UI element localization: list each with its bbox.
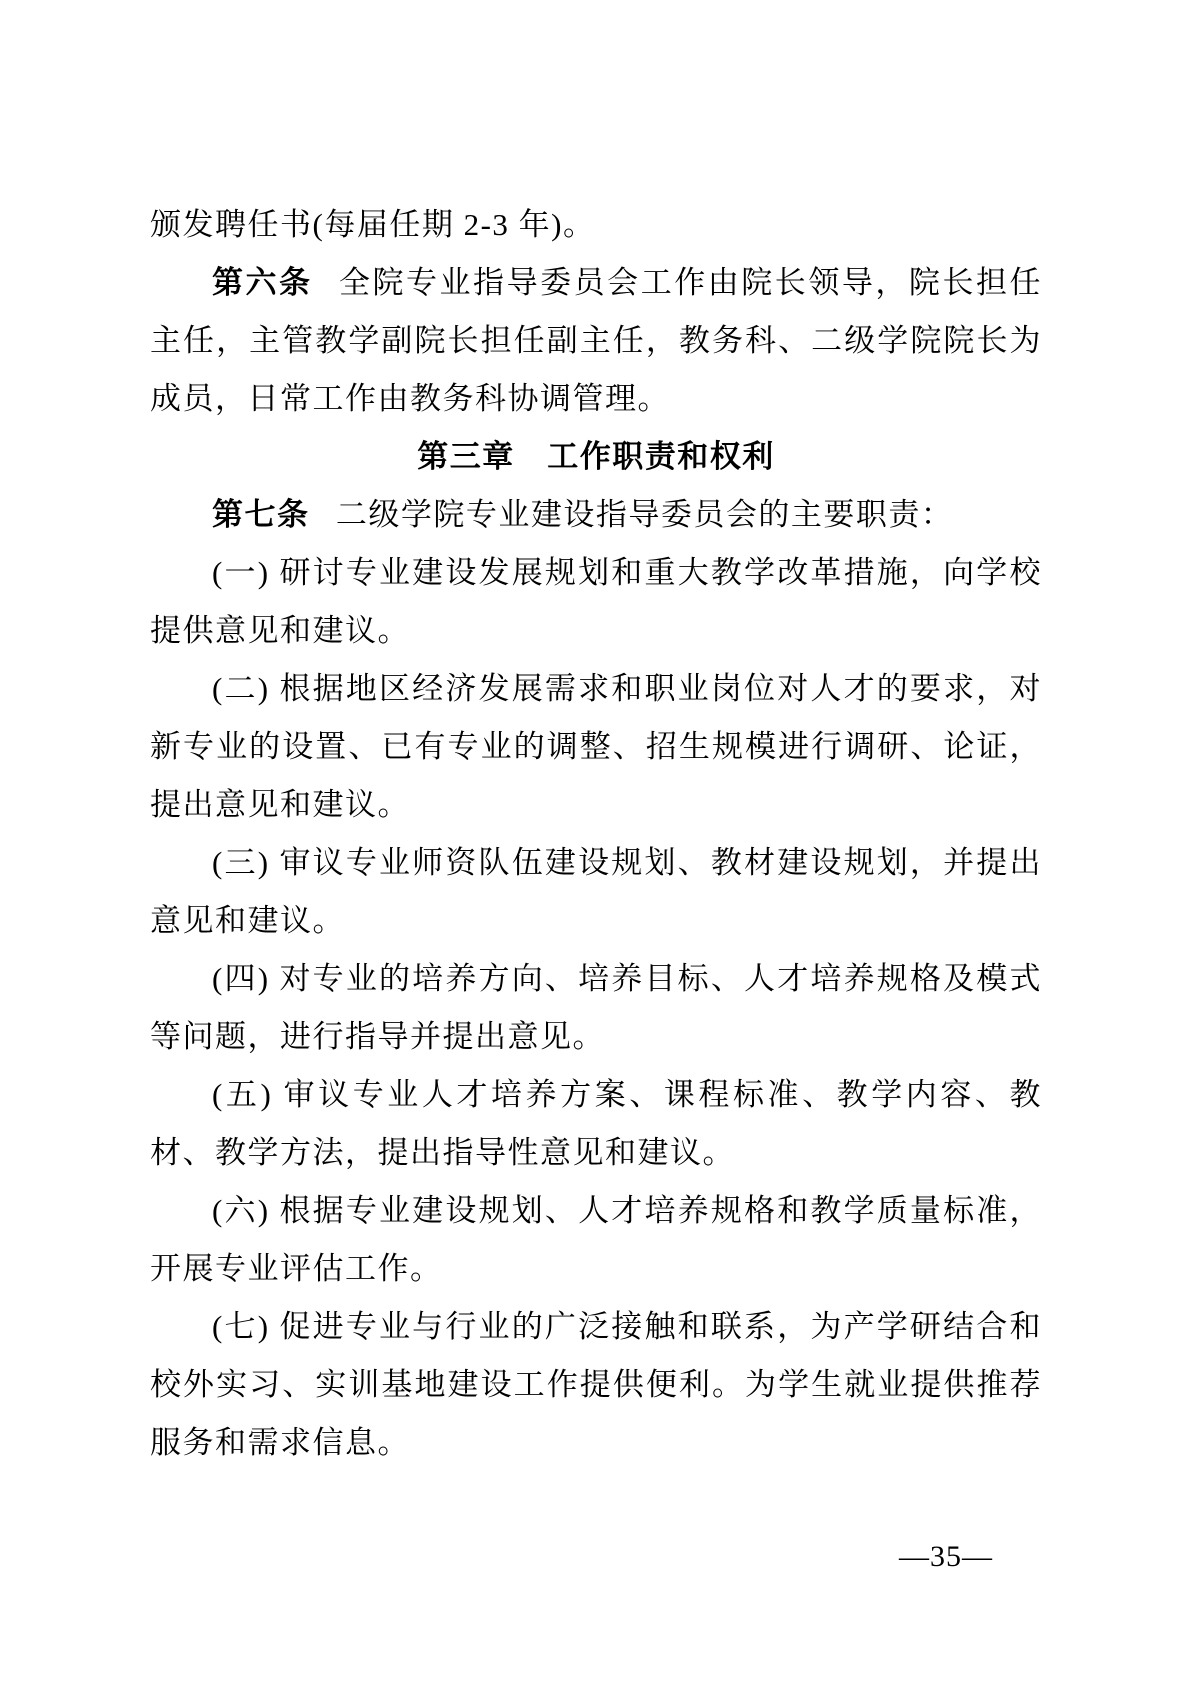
article-7-label: 第七条 bbox=[212, 497, 310, 532]
duty-item-6: (六) 根据专业建设规划、人才培养规格和教学质量标准， 开展专业评估工作。 bbox=[150, 1182, 1042, 1298]
article-7-text: 二级学院专业建设指导委员会的主要职责： bbox=[336, 497, 954, 532]
duty-item-5: (五) 审议专业人才培养方案、课程标准、教学内容、教材、教学方法，提出指导性意见… bbox=[150, 1066, 1042, 1182]
page-number: —35— bbox=[899, 1540, 993, 1574]
article-6-label: 第六条 bbox=[212, 265, 313, 300]
article-6: 第六条全院专业指导委员会工作由院长领导，院长担任主任，主管教学副院长担任副主任，… bbox=[150, 254, 1042, 428]
duty-item-7: (七) 促进专业与行业的广泛接触和联系，为产学研结合和校外实习、实训基地建设工作… bbox=[150, 1298, 1042, 1472]
paragraph-continuation: 颁发聘任书(每届任期 2-3 年)。 bbox=[150, 196, 1042, 254]
duty-item-4: (四) 对专业的培养方向、培养目标、人才培养规格及模式等问题，进行指导并提出意见… bbox=[150, 950, 1042, 1066]
duty-item-3: (三) 审议专业师资队伍建设规划、教材建设规划，并提出意见和建议。 bbox=[150, 834, 1042, 950]
duty-item-1: (一) 研讨专业建设发展规划和重大教学改革措施，向学校提供意见和建议。 bbox=[150, 544, 1042, 660]
document-body: 颁发聘任书(每届任期 2-3 年)。 第六条全院专业指导委员会工作由院长领导，院… bbox=[150, 196, 1042, 1472]
document-page: 颁发聘任书(每届任期 2-3 年)。 第六条全院专业指导委员会工作由院长领导，院… bbox=[0, 0, 1191, 1684]
duty-item-2: (二) 根据地区经济发展需求和职业岗位对人才的要求，对新专业的设置、已有专业的调… bbox=[150, 660, 1042, 834]
article-7: 第七条二级学院专业建设指导委员会的主要职责： bbox=[150, 486, 1042, 544]
chapter-3-heading: 第三章 工作职责和权利 bbox=[150, 428, 1042, 486]
